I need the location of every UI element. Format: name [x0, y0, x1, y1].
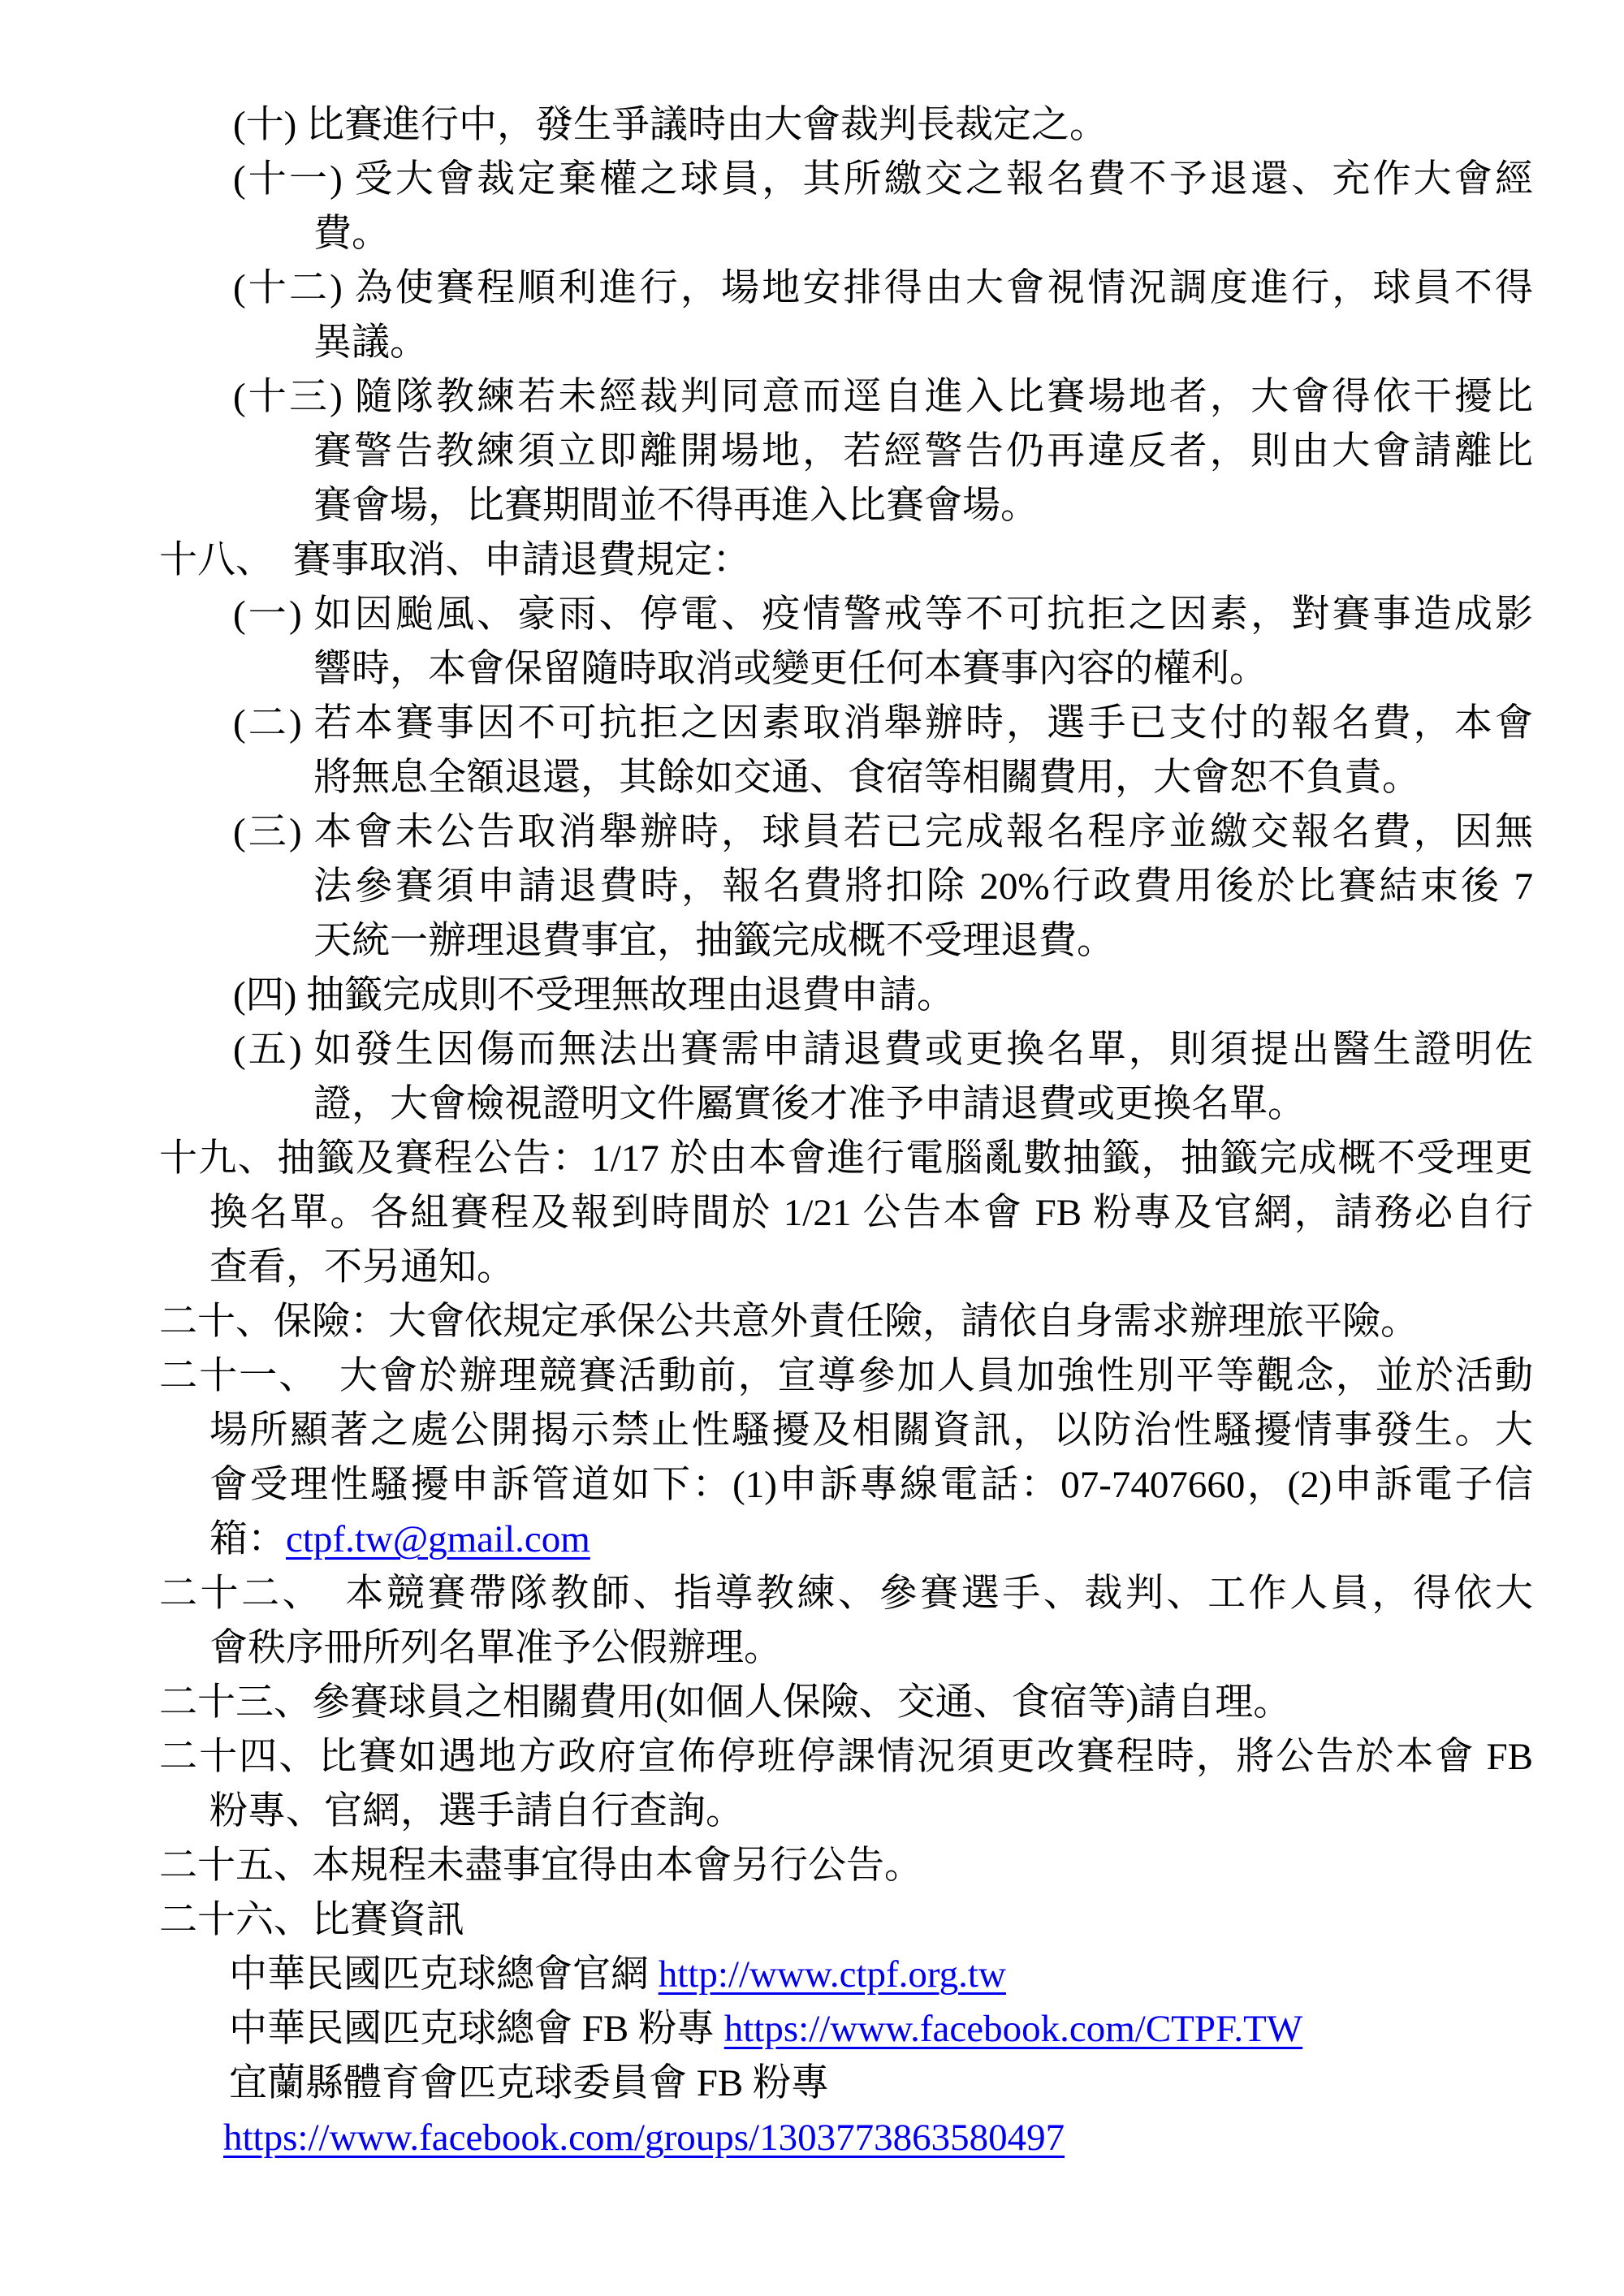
text-segment: (十三) 隨隊教練若未經裁判同意而逕自進入比賽場地者，大會得依干擾比: [233, 376, 1533, 418]
document-body: (十) 比賽進行中，發生爭議時由大會裁判長裁定之。(十一) 受大會裁定棄權之球員…: [0, 98, 1624, 2165]
text-line: (四) 抽籤完成則不受理無故理由退費申請。: [233, 969, 1533, 1023]
text-segment: 賽會場，比賽期間並不得再進入比賽會場。: [313, 485, 1039, 527]
text-line: (一) 如因颱風、豪雨、停電、疫情警戒等不可抗拒之因素，對賽事造成影: [233, 588, 1533, 642]
text-segment: 中華民國匹克球總會 FB 粉專: [229, 2008, 724, 2050]
text-segment: 中華民國匹克球總會官網: [229, 1953, 659, 1996]
text-segment: 響時，本會保留隨時取消或變更任何本賽事內容的權利。: [313, 648, 1268, 690]
text-segment: 將無息全額退還，其餘如交通、食宿等相關費用，大會恕不負責。: [313, 757, 1420, 799]
text-line: (三) 本會未公告取消舉辦時，球員若已完成報名程序並繳交報名費，因無: [233, 805, 1533, 860]
text-segment: (三) 本會未公告取消舉辦時，球員若已完成報名程序並繳交報名費，因無: [233, 811, 1533, 853]
text-segment: (十二) 為使賽程順利進行，場地安排得由大會視情況調度進行，球員不得: [233, 267, 1533, 309]
text-line: 中華民國匹克球總會 FB 粉專 https://www.facebook.com…: [229, 2002, 1533, 2056]
text-line: 將無息全額退還，其餘如交通、食宿等相關費用，大會恕不負責。: [313, 751, 1533, 805]
text-segment: 十九、抽籤及賽程公告：1/17 於由本會進行電腦亂數抽籤，抽籤完成概不受理更: [159, 1137, 1533, 1180]
text-line: 十八、 賽事取消、申請退費規定：: [159, 533, 1533, 588]
text-segment: 查看，不另通知。: [209, 1246, 515, 1288]
text-line: 賽會場，比賽期間並不得再進入比賽會場。: [313, 479, 1533, 533]
text-line: 二十六、比賽資訊: [159, 1893, 1533, 1948]
text-line: 二十二、 本競賽帶隊教師、指導教練、參賽選手、裁判、工作人員，得依大: [159, 1567, 1533, 1621]
text-line: 賽警告教練須立即離開場地，若經警告仍再違反者，則由大會請離比: [313, 425, 1533, 479]
text-segment: 二十四、比賽如遇地方政府宣佈停班停課情況須更改賽程時，將公告於本會 FB: [159, 1736, 1533, 1778]
text-line: 十九、抽籤及賽程公告：1/17 於由本會進行電腦亂數抽籤，抽籤完成概不受理更: [159, 1132, 1533, 1186]
hyperlink[interactable]: http://www.ctpf.org.tw: [659, 1953, 1006, 1996]
text-line: 中華民國匹克球總會官網 http://www.ctpf.org.tw: [229, 1948, 1533, 2002]
text-line: (十三) 隨隊教練若未經裁判同意而逕自進入比賽場地者，大會得依干擾比: [233, 370, 1533, 425]
text-segment: 場所顯著之處公開揭示禁止性騷擾及相關資訊，以防治性騷擾情事發生。大: [209, 1409, 1533, 1452]
text-line: 證，大會檢視證明文件屬實後才准予申請退費或更換名單。: [313, 1077, 1533, 1132]
text-line: 費。: [313, 207, 1533, 261]
text-segment: 宜蘭縣體育會匹克球委員會 FB 粉專: [229, 2062, 829, 2104]
text-line: 響時，本會保留隨時取消或變更任何本賽事內容的權利。: [313, 642, 1533, 697]
text-segment: (五) 如發生因傷而無法出賽需申請退費或更換名單，則須提出醫生證明佐: [233, 1029, 1533, 1071]
text-line: (十一) 受大會裁定棄權之球員，其所繳交之報名費不予退還、充作大會經: [233, 153, 1533, 207]
text-line: https://www.facebook.com/groups/13037738…: [223, 2111, 1533, 2165]
text-line: (五) 如發生因傷而無法出賽需申請退費或更換名單，則須提出醫生證明佐: [233, 1023, 1533, 1077]
text-segment: (二) 若本賽事因不可抗拒之因素取消舉辦時，選手已支付的報名費，本會: [233, 702, 1533, 744]
text-line: 二十、保險：大會依規定承保公共意外責任險，請依自身需求辦理旅平險。: [159, 1295, 1533, 1349]
text-line: 二十四、比賽如遇地方政府宣佈停班停課情況須更改賽程時，將公告於本會 FB: [159, 1730, 1533, 1785]
text-line: 會受理性騷擾申訴管道如下：(1)申訴專線電話：07-7407660，(2)申訴電…: [209, 1458, 1533, 1513]
text-segment: 天統一辦理退費事宜，抽籤完成概不受理退費。: [313, 920, 1115, 962]
text-line: 二十三、參賽球員之相關費用(如個人保險、交通、食宿等)請自理。: [159, 1676, 1533, 1730]
text-segment: 十八、 賽事取消、申請退費規定：: [159, 539, 751, 581]
document-page: (十) 比賽進行中，發生爭議時由大會裁判長裁定之。(十一) 受大會裁定棄權之球員…: [0, 0, 1624, 2296]
text-line: 二十一、 大會於辦理競賽活動前，宣導參加人員加強性別平等觀念，並於活動: [159, 1349, 1533, 1404]
text-segment: 會秩序冊所列名單准予公假辦理。: [209, 1627, 782, 1669]
text-line: 二十五、本規程未盡事宜得由本會另行公告。: [159, 1839, 1533, 1893]
text-line: 箱：ctpf.tw@gmail.com: [209, 1513, 1533, 1567]
text-line: 場所顯著之處公開揭示禁止性騷擾及相關資訊，以防治性騷擾情事發生。大: [209, 1404, 1533, 1458]
text-segment: 二十三、參賽球員之相關費用(如個人保險、交通、食宿等)請自理。: [159, 1681, 1291, 1724]
text-segment: 異議。: [313, 322, 428, 364]
text-line: 粉專、官網，選手請自行查詢。: [209, 1785, 1533, 1839]
text-line: (二) 若本賽事因不可抗拒之因素取消舉辦時，選手已支付的報名費，本會: [233, 697, 1533, 751]
text-segment: 二十、保險：大會依規定承保公共意外責任險，請依自身需求辦理旅平險。: [159, 1301, 1419, 1343]
text-segment: 粉專、官網，選手請自行查詢。: [209, 1790, 744, 1832]
text-segment: 二十一、 大會於辦理競賽活動前，宣導參加人員加強性別平等觀念，並於活動: [159, 1355, 1533, 1397]
text-line: 查看，不另通知。: [209, 1241, 1533, 1295]
text-line: 會秩序冊所列名單准予公假辦理。: [209, 1621, 1533, 1676]
text-line: (十二) 為使賽程順利進行，場地安排得由大會視情況調度進行，球員不得: [233, 261, 1533, 316]
hyperlink[interactable]: https://www.facebook.com/CTPF.TW: [724, 2008, 1302, 2050]
text-segment: 換名單。各組賽程及報到時間於 1/21 公告本會 FB 粉專及官網，請務必自行: [209, 1192, 1533, 1234]
text-segment: (四) 抽籤完成則不受理無故理由退費申請。: [233, 974, 955, 1016]
text-segment: 二十五、本規程未盡事宜得由本會另行公告。: [159, 1845, 922, 1887]
hyperlink[interactable]: https://www.facebook.com/groups/13037738…: [223, 2117, 1065, 2159]
text-line: 換名單。各組賽程及報到時間於 1/21 公告本會 FB 粉專及官網，請務必自行: [209, 1186, 1533, 1241]
text-segment: 賽警告教練須立即離開場地，若經警告仍再違反者，則由大會請離比: [313, 430, 1533, 473]
text-segment: (十一) 受大會裁定棄權之球員，其所繳交之報名費不予退還、充作大會經: [233, 158, 1533, 201]
text-segment: 法參賽須申請退費時，報名費將扣除 20%行政費用後於比賽結束後 7: [313, 865, 1533, 908]
text-segment: 會受理性騷擾申訴管道如下：(1)申訴專線電話：07-7407660，(2)申訴電…: [209, 1464, 1533, 1506]
text-line: 天統一辦理退費事宜，抽籤完成概不受理退費。: [313, 914, 1533, 969]
text-segment: 費。: [313, 213, 390, 255]
hyperlink[interactable]: ctpf.tw@gmail.com: [286, 1518, 590, 1560]
text-segment: (一) 如因颱風、豪雨、停電、疫情警戒等不可抗拒之因素，對賽事造成影: [233, 593, 1533, 636]
text-segment: 二十六、比賽資訊: [159, 1899, 464, 1941]
text-segment: (十) 比賽進行中，發生爭議時由大會裁判長裁定之。: [233, 104, 1108, 146]
text-line: 宜蘭縣體育會匹克球委員會 FB 粉專: [229, 2056, 1533, 2111]
text-line: (十) 比賽進行中，發生爭議時由大會裁判長裁定之。: [233, 98, 1533, 153]
text-segment: 箱：: [209, 1518, 286, 1560]
text-line: 異議。: [313, 316, 1533, 370]
text-segment: 證，大會檢視證明文件屬實後才准予申請退費或更換名單。: [313, 1083, 1306, 1125]
text-segment: 二十二、 本競賽帶隊教師、指導教練、參賽選手、裁判、工作人員，得依大: [159, 1573, 1533, 1615]
text-line: 法參賽須申請退費時，報名費將扣除 20%行政費用後於比賽結束後 7: [313, 860, 1533, 914]
